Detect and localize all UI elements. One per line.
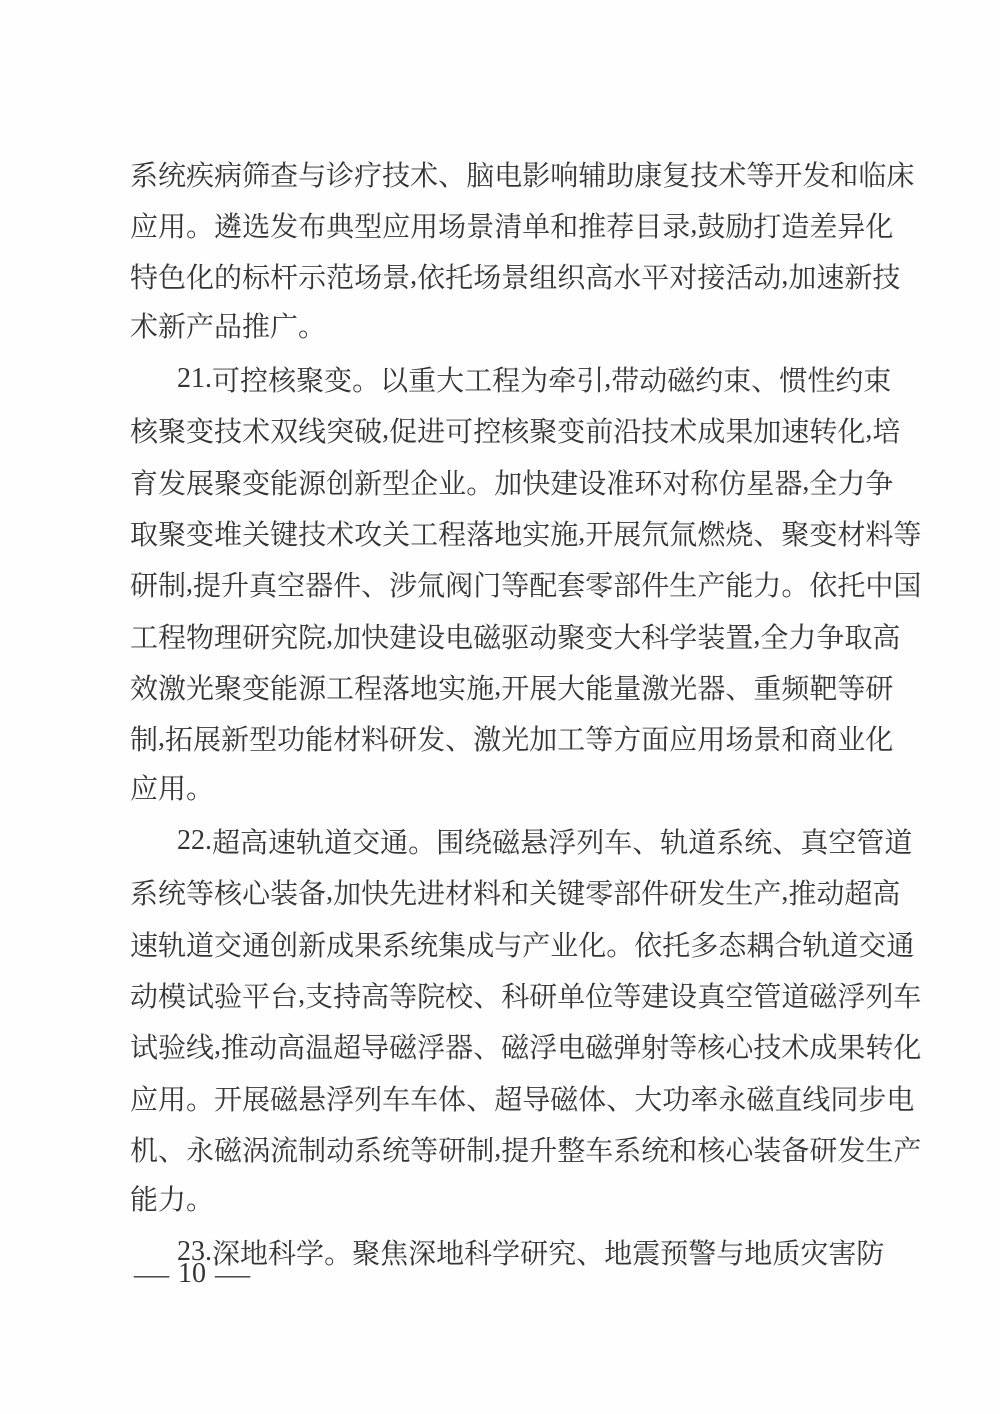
text-line: 特色化的标杆示范场景,依托场景组织高水平对接活动,加速新技 (130, 251, 875, 302)
text-line: 系统疾病筛查与诊疗技术、脑电影响辅助康复技术等开发和临床 (130, 148, 875, 199)
page-number-dash-right: — (215, 1259, 250, 1290)
body-text: 系统疾病筛查与诊疗技术、脑电影响辅助康复技术等开发和临床 应用。遴选发布典型应用… (130, 148, 875, 1277)
text-line: 系统等核心装备,加快先进材料和关键零部件研发生产,推动超高 (130, 867, 875, 918)
text-line: 能力。 (130, 1175, 875, 1226)
text-line: 工程物理研究院,加快建设电磁驱动聚变大科学装置,全力争取高 (130, 610, 875, 661)
page-number: — 10 — (138, 1256, 246, 1292)
text-line: 应用。 (130, 764, 875, 815)
text-line: 核聚变技术双线突破,促进可控核聚变前沿技术成果加速转化,培 (130, 405, 875, 456)
page-number-dash-left: — (134, 1259, 169, 1290)
text-line: 育发展聚变能源创新型企业。加快建设准环对称仿星器,全力争 (130, 456, 875, 507)
document-page: 系统疾病筛查与诊疗技术、脑电影响辅助康复技术等开发和临床 应用。遴选发布典型应用… (0, 0, 1000, 1414)
text-line: 取聚变堆关键技术攻关工程落地实施,开展氘氚燃烧、聚变材料等 (130, 507, 875, 558)
page-number-value: 10 (178, 1258, 206, 1290)
text-line: 应用。遴选发布典型应用场景清单和推荐目录,鼓励打造差异化 (130, 199, 875, 250)
text-line-item-21: 21.可控核聚变。以重大工程为牵引,带动磁约束、惯性约束 (130, 353, 875, 404)
text-line: 术新产品推广。 (130, 302, 875, 353)
text-line-item-22: 22.超高速轨道交通。围绕磁悬浮列车、轨道系统、真空管道 (130, 815, 875, 866)
text-line: 研制,提升真空器件、涉氚阀门等配套零部件生产能力。依托中国 (130, 559, 875, 610)
text-line: 试验线,推动高温超导磁浮器、磁浮电磁弹射等核心技术成果转化 (130, 1021, 875, 1072)
text-line: 应用。开展磁悬浮列车车体、超导磁体、大功率永磁直线同步电 (130, 1072, 875, 1123)
text-line: 效激光聚变能源工程落地实施,开展大能量激光器、重频靶等研 (130, 661, 875, 712)
text-line: 制,拓展新型功能材料研发、激光加工等方面应用场景和商业化 (130, 713, 875, 764)
text-line: 速轨道交通创新成果系统集成与产业化。依托多态耦合轨道交通 (130, 918, 875, 969)
text-line: 机、永磁涡流制动系统等研制,提升整车系统和核心装备研发生产 (130, 1123, 875, 1174)
text-line: 动模试验平台,支持高等院校、科研单位等建设真空管道磁浮列车 (130, 969, 875, 1020)
